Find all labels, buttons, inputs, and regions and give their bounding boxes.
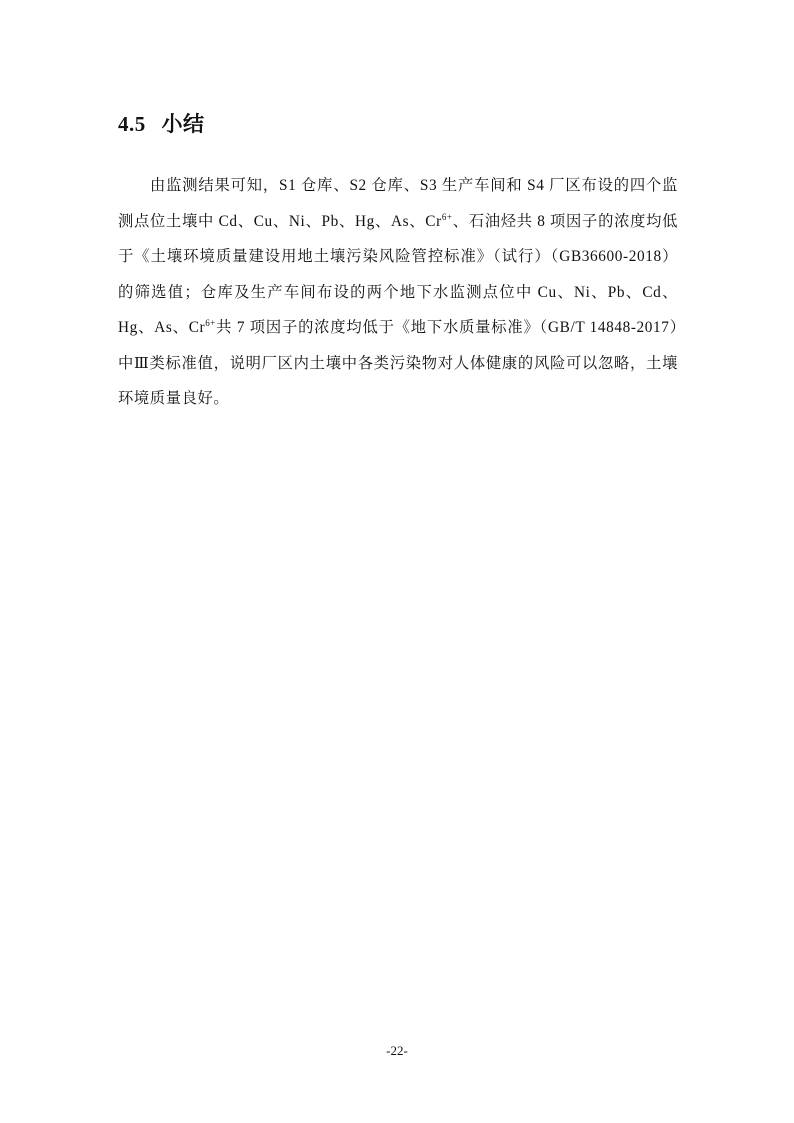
superscript-charge-1: 6+	[442, 212, 453, 222]
section-heading: 4.5 小结	[118, 108, 205, 138]
paragraph-text-2: 、石油烃共 8 项因子的浓度均低于《土壤环境质量建设用地土壤污染风险管控标准》（…	[118, 213, 678, 337]
superscript-charge-2: 6+	[205, 318, 216, 328]
section-number: 4.5	[118, 112, 146, 136]
summary-paragraph: 由监测结果可知，S1 仓库、S2 仓库、S3 生产车间和 S4 厂区布设的四个监…	[118, 168, 678, 417]
section-title: 小结	[162, 112, 205, 136]
page-number: -22-	[0, 1043, 794, 1059]
